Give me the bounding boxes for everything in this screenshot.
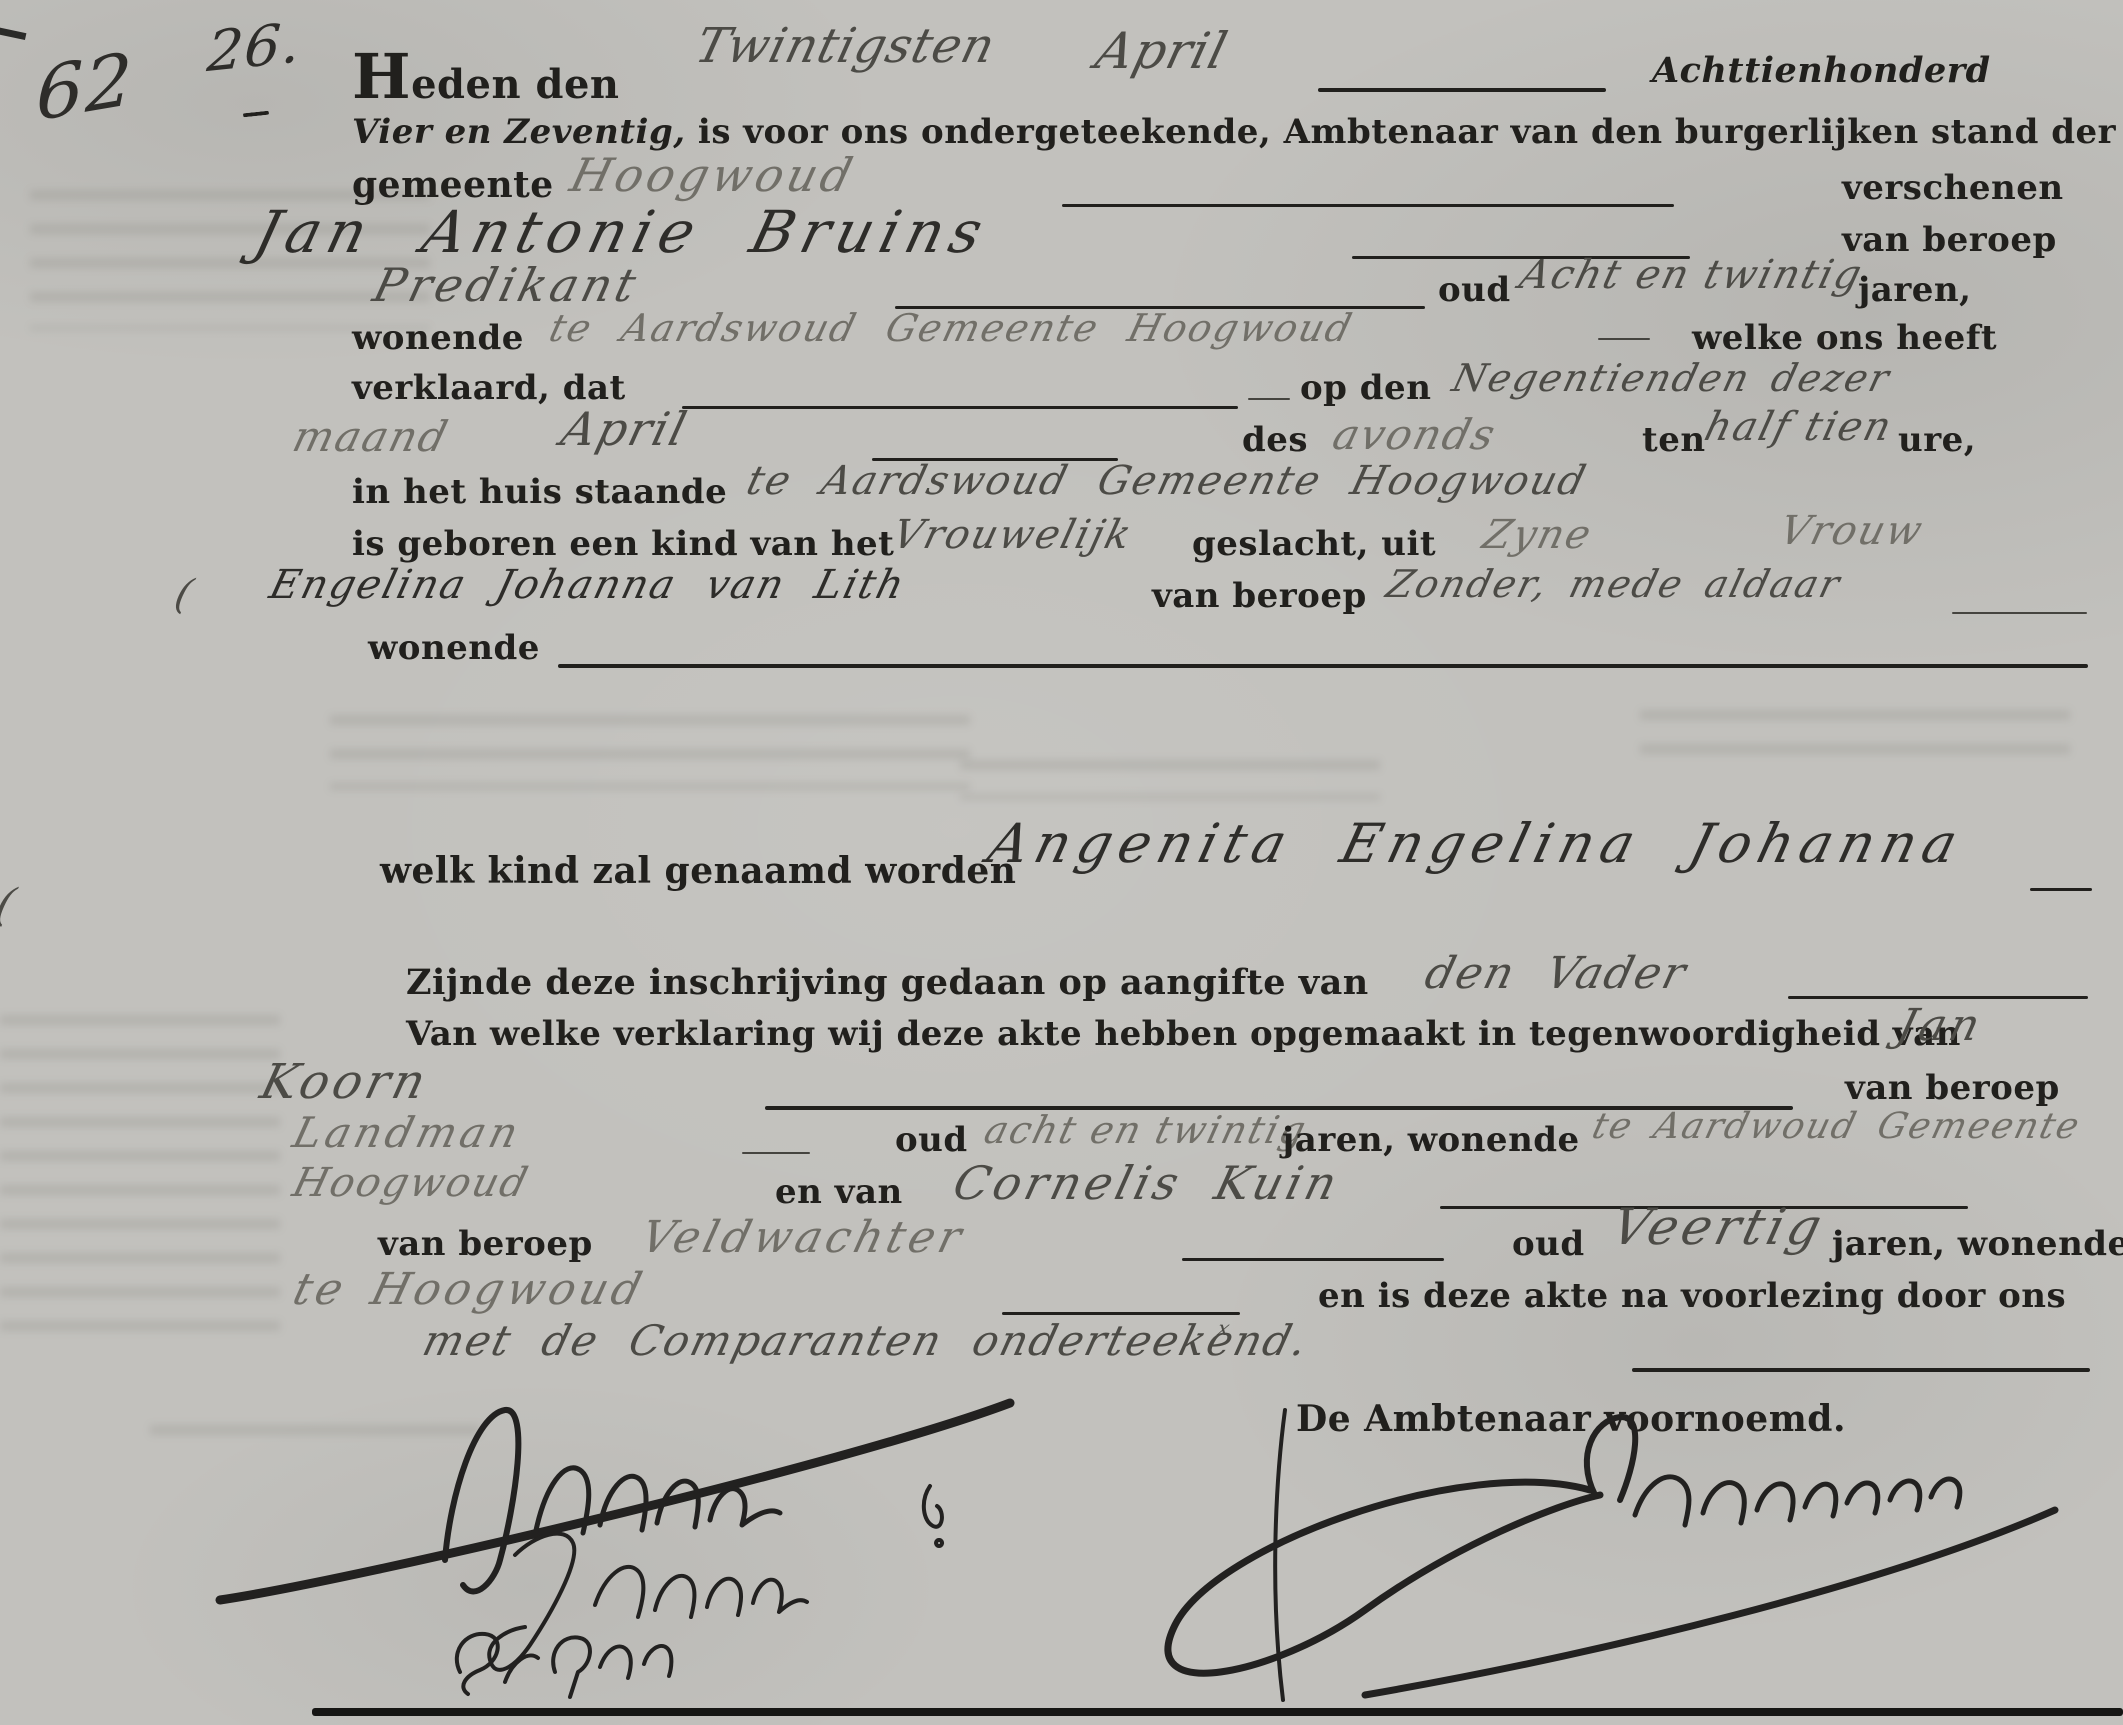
entry-birth-day: Negentienden dezer [1448, 356, 1895, 400]
blank-rule [682, 406, 1238, 409]
signature-registrar [1035, 1395, 2085, 1710]
signature-paraph-mark [895, 1468, 965, 1563]
bleedthrough-smudge [330, 695, 970, 790]
entry-birth-place: te Aardswoud Gemeente Hoogwoud [742, 458, 1592, 504]
entry-gender: Vrouwelijk [888, 512, 1137, 558]
bleedthrough-smudge [960, 740, 1380, 800]
blank-rule [1632, 1368, 2090, 1372]
edge-bracket-mark: ( [0, 880, 21, 931]
hand-dash [1952, 612, 2087, 614]
printed-geslacht-uit: geslacht, uit [1192, 524, 1436, 564]
blank-rule [1788, 996, 2088, 999]
bleedthrough-smudge [1640, 690, 2070, 760]
entry-declarant-residence: te Aardswoud Gemeente Hoogwoud [545, 306, 1358, 350]
printed-in-het-huis: in het huis staande [352, 472, 727, 512]
printed-en-van: en van [775, 1172, 903, 1212]
printed-wonende: wonende [368, 628, 540, 668]
entry-informant: den Vader [1420, 948, 1692, 999]
printed-zijnde: Zijnde deze inschrijving gedaan op aangi… [406, 962, 1369, 1003]
blank-rule [1062, 204, 1674, 207]
hand-dash [2030, 888, 2092, 891]
entry-month: April [1090, 22, 1233, 80]
entry-child-name: Angenita Engelina Johanna [982, 812, 1970, 875]
entry-mother-occupation: Zonder, mede aldaar [1382, 562, 1846, 606]
entry-witness1-age: acht en twintig [980, 1108, 1312, 1152]
printed-ure: ure, [1898, 420, 1976, 460]
printed-is-geboren: is geboren een kind van het [352, 524, 894, 564]
printed-oud: oud [1512, 1224, 1585, 1264]
printed-ten: ten [1642, 420, 1706, 460]
page-bottom-rule [312, 1708, 2123, 1716]
entry-hour: half tien [1700, 404, 1898, 450]
printed-achttienhonderd: Achttienhonderd [1652, 50, 1991, 91]
printed-des: des [1242, 420, 1308, 460]
entry-witness1-first: Jan [1892, 1000, 1989, 1051]
entry-declarant-occupation: Predikant [368, 258, 645, 312]
entry-maand-word: maand [288, 412, 454, 461]
printed-op-den: op den [1300, 368, 1431, 408]
entry-witness1-residence-a: te Aardwoud Gemeente [1588, 1106, 2085, 1147]
bleedthrough-smudge [0, 995, 280, 1335]
entry-witness2-occupation: Veldwachter [636, 1212, 970, 1263]
birth-certificate-scan: ( ( 62 26. Heden den Twintigsten April A… [0, 0, 2123, 1725]
blank-rule [1182, 1258, 1444, 1261]
blank-rule [558, 664, 2088, 668]
printed-oud: oud [1438, 270, 1511, 310]
entry-birth-month: April [556, 402, 694, 456]
printed-van-beroep: van beroep [1845, 1068, 2060, 1108]
page-edge-mark [0, 27, 26, 40]
hand-dash [1248, 398, 1290, 400]
entry-gemeente: Hoogwoud [565, 148, 862, 202]
printed-welk-kind: welk kind zal genaamd worden [380, 850, 1016, 892]
entry-witness1-residence-b: Hoogwoud [288, 1160, 534, 1206]
printed-jaren: jaren, [1858, 270, 1971, 310]
hand-dash [1598, 338, 1650, 340]
printed-line-year: Vier en Zeventig, is voor ons ondergetee… [352, 112, 2116, 152]
entry-witness2-name: Cornelis Kuin [948, 1156, 1346, 1210]
entry-witness2-residence: te Hoogwoud [288, 1264, 651, 1315]
printed-year-suffix: Vier en Zeventig, [352, 112, 686, 152]
margin-folio-number: 62 [36, 37, 134, 138]
printed-line2-rest: is voor ons ondergeteekende, Ambtenaar v… [686, 112, 2116, 152]
printed-heden-den: Heden den [352, 40, 619, 113]
blank-rule [1318, 88, 1606, 92]
printed-welke-ons-heeft: welke ons heeft [1692, 318, 1997, 358]
entry-mother-name: Engelina Johanna van Lith [265, 562, 911, 608]
printed-jaren-wonende: jaren, wonende [1832, 1224, 2123, 1264]
entry-daypart: avonds [1328, 410, 1502, 459]
act-number-dash [243, 111, 269, 118]
signature-witness2-kuin [420, 1612, 750, 1717]
margin-bracket-mark: ( [170, 572, 198, 618]
printed-jaren-wonende: jaren, wonende [1282, 1120, 1580, 1160]
entry-vrouw: Vrouw [1775, 508, 1929, 554]
entry-witness1-occupation: Landman [288, 1108, 527, 1157]
entry-closing: met de Comparanten onderteekend. [418, 1316, 1314, 1365]
printed-wonende: wonende [352, 318, 524, 358]
printed-van-beroep: van beroep [1152, 576, 1367, 616]
hand-dash [742, 1152, 810, 1154]
entry-day: Twintigsten [690, 18, 1001, 74]
entry-zyne: Zyne [1478, 512, 1597, 558]
printed-van-welke: Van welke verklaring wij deze akte hebbe… [406, 1014, 1961, 1054]
act-number: 26. [205, 11, 303, 85]
entry-declarant-name: Jan Antonie Bruins [248, 198, 996, 266]
printed-oud: oud [895, 1120, 968, 1160]
entry-witness2-age: Veertig [1606, 1198, 1831, 1256]
printed-van-beroep: van beroep [378, 1224, 593, 1264]
printed-verschenen: verschenen [1842, 168, 2064, 208]
entry-declarant-age: Acht en twintig [1515, 252, 1868, 298]
printed-van-beroep: van beroep [1842, 220, 2057, 260]
entry-witness1-last: Koorn [255, 1054, 435, 1110]
blank-rule [1002, 1312, 1240, 1315]
printed-en-is-deze: en is deze akte na voorlezing door ons [1318, 1276, 2066, 1316]
